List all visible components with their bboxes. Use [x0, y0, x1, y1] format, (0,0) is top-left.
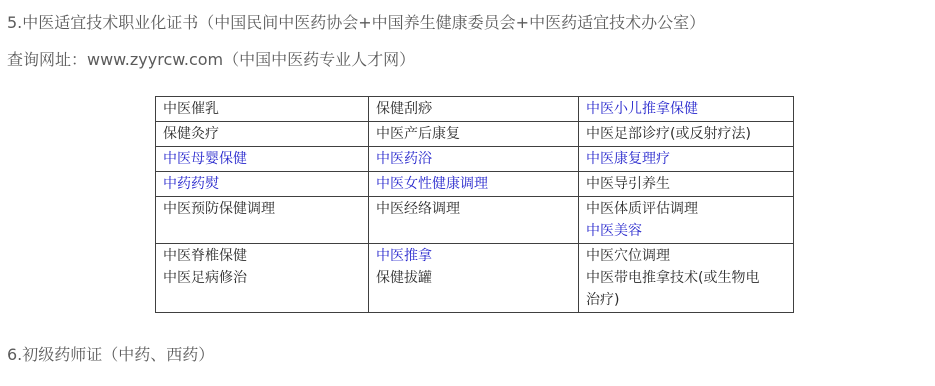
section-5-heading: 5.中医适宜技术职业化证书（中国民间中医药协会+中国养生健康委员会+中医药适宜技…	[7, 12, 705, 33]
table-cell: 保健灸疗	[156, 122, 369, 147]
cert-item-text: 保健刮痧	[376, 98, 572, 120]
cert-item-link[interactable]: 中医美容	[586, 220, 765, 242]
table-row: 中医脊椎保健中医足病修治中医推拿保健拔罐中医穴位调理中医带电推拿技术(或生物电治…	[156, 244, 794, 313]
cert-item-link[interactable]: 中医推拿	[376, 245, 572, 267]
table-cell: 中医产后康复	[369, 122, 579, 147]
table-cell: 中医导引养生	[579, 172, 794, 197]
cert-item-text: 中医穴位调理	[586, 245, 765, 267]
cert-item-text: 中医足病修治	[163, 267, 362, 289]
cert-item-text: 中医催乳	[163, 98, 362, 120]
cert-item-link[interactable]: 中药药熨	[163, 173, 362, 195]
cert-item-text: 中医产后康复	[376, 123, 572, 145]
table-cell: 中医推拿保健拔罐	[369, 244, 579, 313]
cert-item-link[interactable]: 中医母婴保健	[163, 148, 362, 170]
table-row: 中医母婴保健中医药浴中医康复理疗	[156, 147, 794, 172]
cert-item-link[interactable]: 中医药浴	[376, 148, 572, 170]
cert-item-text: 中医足部诊疗(或反射疗法)	[586, 123, 765, 145]
table-row: 中医催乳保健刮痧中医小儿推拿保健	[156, 97, 794, 122]
table-cell: 中医小儿推拿保健	[579, 97, 794, 122]
table-row: 保健灸疗中医产后康复中医足部诊疗(或反射疗法)	[156, 122, 794, 147]
table-cell: 中医脊椎保健中医足病修治	[156, 244, 369, 313]
table-cell: 中医药浴	[369, 147, 579, 172]
table-cell: 保健刮痧	[369, 97, 579, 122]
cert-item-link[interactable]: 中医康复理疗	[586, 148, 765, 170]
query-url-line: 查询网址：www.zyyrcw.com（中国中医药专业人才网）	[7, 49, 415, 70]
cert-item-link[interactable]: 中医女性健康调理	[376, 173, 572, 195]
table-cell: 中药药熨	[156, 172, 369, 197]
cert-item-text: 中医体质评估调理	[586, 198, 765, 220]
cert-item-text: 保健灸疗	[163, 123, 362, 145]
table-cell: 中医预防保健调理	[156, 197, 369, 244]
table-row: 中药药熨中医女性健康调理中医导引养生	[156, 172, 794, 197]
table-cell: 中医女性健康调理	[369, 172, 579, 197]
table-row: 中医预防保健调理中医经络调理中医体质评估调理中医美容	[156, 197, 794, 244]
cert-item-text: 中医脊椎保健	[163, 245, 362, 267]
cert-item-text: 中医导引养生	[586, 173, 765, 195]
table-cell: 中医康复理疗	[579, 147, 794, 172]
table-cell: 中医母婴保健	[156, 147, 369, 172]
cert-item-text: 保健拔罐	[376, 267, 572, 289]
section-6-heading: 6.初级药师证（中药、西药）	[7, 344, 214, 365]
certificate-table: 中医催乳保健刮痧中医小儿推拿保健保健灸疗中医产后康复中医足部诊疗(或反射疗法)中…	[155, 96, 794, 313]
cert-item-text: 中医预防保健调理	[163, 198, 362, 220]
table-cell: 中医足部诊疗(或反射疗法)	[579, 122, 794, 147]
cert-item-text: 中医经络调理	[376, 198, 572, 220]
table-cell: 中医催乳	[156, 97, 369, 122]
table-cell: 中医体质评估调理中医美容	[579, 197, 794, 244]
table-cell: 中医穴位调理中医带电推拿技术(或生物电治疗)	[579, 244, 794, 313]
cert-item-link[interactable]: 中医小儿推拿保健	[586, 98, 765, 120]
table-cell: 中医经络调理	[369, 197, 579, 244]
cert-item-text: 中医带电推拿技术(或生物电治疗)	[586, 267, 765, 311]
